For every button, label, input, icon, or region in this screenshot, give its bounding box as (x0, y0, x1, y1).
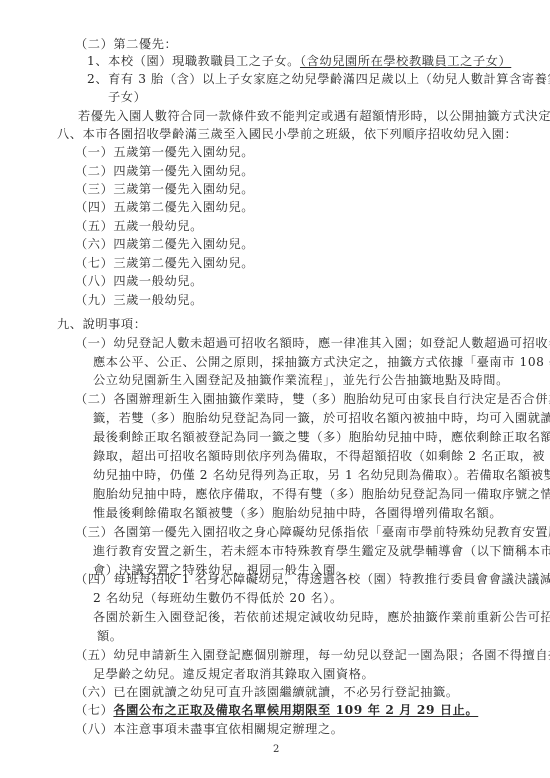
line-text: （八）本注意事項未盡事宜依相關規定辦理之。 (75, 722, 344, 736)
line-text: 1、本校（園）現職教職員工之子女。 (87, 54, 300, 68)
document-line: （七）三歲第二優先入園幼兒。 (75, 255, 254, 271)
line-text: 惟最後剩餘備取名額被雙（多）胞胎幼兒抽中時，各園得增列備取名額。 (93, 506, 502, 520)
line-text: 胞胎幼兒抽中時，應依序備取，不得有雙（多）胞胎幼兒登記為同一備取序號之情形， (93, 487, 550, 501)
document-line: 八、本市各園招收學齡滿三歲至入國民小學前之班級，依下列順序招收幼兒入園： (57, 126, 517, 142)
document-line: 應本公平、公正、公開之原則，採抽籤方式決定之，抽籤方式依據「臺南市 108 學年… (93, 354, 550, 370)
document-line: （二）四歲第一優先入園幼兒。 (75, 163, 254, 179)
line-text: （五）幼兒申請新生入園登記應個別辦理，每一幼兒以登記一園為限；各園不得擅自招收未 (75, 648, 550, 662)
document-line: 幼兒抽中時，仍僅 2 名幼兒得列為正取，另 1 名幼兒則為備取）。若備取名額被雙… (93, 467, 550, 483)
document-line: （五）幼兒申請新生入園登記應個別辦理，每一幼兒以登記一園為限；各園不得擅自招收未 (75, 647, 550, 663)
document-line: 公立幼兒園新生入園登記及抽籤作業流程」，並先行公告抽籤地點及時間。 (93, 372, 509, 388)
document-line: （八）本注意事項未盡事宜依相關規定辦理之。 (75, 721, 344, 737)
line-text: （七）三歲第二優先入園幼兒。 (75, 256, 254, 270)
line-text: （二）第二優先： (75, 37, 177, 51)
document-line: 額。 (97, 628, 123, 644)
line-text: 應本公平、公正、公開之原則，採抽籤方式決定之，抽籤方式依據「臺南市 108 學年… (93, 355, 550, 369)
document-line: 各園於新生入園登記後，若依前述規定減收幼兒時，應於抽籤作業前重新公告可招收名 (93, 609, 550, 625)
line-text: （二）四歲第一優先入園幼兒。 (75, 164, 254, 178)
page-number: 2 (273, 744, 279, 755)
document-line: （五）五歲一般幼兒。 (75, 218, 203, 234)
document-line: 胞胎幼兒抽中時，應依序備取，不得有雙（多）胞胎幼兒登記為同一備取序號之情形， (93, 486, 550, 502)
document-line: 1、本校（園）現職教職員工之子女。（含幼兒園所在學校教職員工之子女） (87, 53, 511, 69)
document-line: （三）三歲第一優先入園幼兒。 (75, 181, 254, 197)
line-text: （二）各園辦理新生入園抽籤作業時，雙（多）胞胎幼兒可由家長自行決定是否合併為同一 (75, 392, 550, 406)
document-line: （八）四歲一般幼兒。 (75, 273, 203, 289)
document-line: （七）各園公布之正取及備取名單候用期限至 109 年 2 月 29 日止。 (75, 702, 478, 718)
document-line: 若優先入園人數符合同一款條件致不能判定或遇有超額情形時，以公開抽籤方式決定。 (78, 108, 550, 124)
document-line: 進行教育安置之新生，若未經本市特殊教育學生鑑定及就學輔導會（以下簡稱本市鑑輔 (93, 543, 550, 559)
line-text: 子女） (108, 90, 146, 104)
line-text: （八）四歲一般幼兒。 (75, 274, 203, 288)
document-line: 錄取，超出可招收名額時則依序列為備取，不得超額招收（如剩餘 2 名正取，被 3 … (93, 448, 550, 464)
document-line: 籤，若雙（多）胞胎幼兒登記為同一籤，於可招收名額內被抽中時，均可入園就讀。若 (93, 410, 550, 426)
line-text: 籤，若雙（多）胞胎幼兒登記為同一籤，於可招收名額內被抽中時，均可入園就讀。若 (93, 411, 550, 425)
line-text: 九、說明事項： (57, 317, 147, 331)
line-text: 若優先入園人數符合同一款條件致不能判定或遇有超額情形時，以公開抽籤方式決定。 (78, 109, 550, 123)
document-line: 2 名幼兒（每班幼生數仍不得低於 20 名）。 (93, 590, 343, 606)
line-text: 各園於新生入園登記後，若依前述規定減收幼兒時，應於抽籤作業前重新公告可招收名 (93, 610, 550, 624)
line-text: （七） (75, 703, 113, 717)
line-text: （一）幼兒登記人數未超過可招收名額時，應一律准其入園；如登記人數超過可招收名額時… (75, 336, 550, 350)
line-text: 進行教育安置之新生，若未經本市特殊教育學生鑑定及就學輔導會（以下簡稱本市鑑輔 (93, 544, 550, 558)
document-page: （二）第二優先：1、本校（園）現職教職員工之子女。（含幼兒園所在學校教職員工之子… (0, 0, 550, 778)
document-line: 最後剩餘正取名額被登記為同一籤之雙（多）胞胎幼兒抽中時，應依剩餘正取名額依序 (93, 429, 550, 445)
line-text: 2、育有 3 胎（含）以上子女家庭之幼兒學齡滿四足歲以上（幼兒人數計算含寄養家庭… (87, 72, 550, 86)
line-text: （三）三歲第一優先入園幼兒。 (75, 182, 254, 196)
document-line: （二）第二優先： (75, 36, 177, 52)
line-text: 公立幼兒園新生入園登記及抽籤作業流程」，並先行公告抽籤地點及時間。 (93, 373, 509, 387)
line-text: （四）五歲第二優先入園幼兒。 (75, 200, 254, 214)
document-line: （六）已在園就讀之幼兒可直升該園繼續就讀，不必另行登記抽籤。 (75, 684, 459, 700)
document-line: 子女） (108, 89, 146, 105)
line-text: 足學齡之幼兒。違反規定者取消其錄取入園資格。 (93, 667, 374, 681)
line-text: （四）每班每招收 1 名身心障礙幼兒，得透過各校（園）特教推行委員會會議決議減收… (75, 572, 550, 586)
document-line: 九、說明事項： (57, 316, 147, 332)
line-text: 2 名幼兒（每班幼生數仍不得低於 20 名）。 (93, 591, 343, 605)
line-text: （三）各園第一優先入園招收之身心障礙幼兒係指依「臺南市學前特殊幼兒教育安置原則」 (75, 525, 550, 539)
line-text: （六）已在園就讀之幼兒可直升該園繼續就讀，不必另行登記抽籤。 (75, 685, 459, 699)
line-text: （五）五歲一般幼兒。 (75, 219, 203, 233)
line-text: 錄取，超出可招收名額時則依序列為備取，不得超額招收（如剩餘 2 名正取，被 3 … (93, 449, 550, 463)
document-line: （九）三歲一般幼兒。 (75, 292, 203, 308)
line-text: 額。 (97, 629, 123, 643)
document-line: （六）四歲第二優先入園幼兒。 (75, 236, 254, 252)
line-text: 八、本市各園招收學齡滿三歲至入國民小學前之班級，依下列順序招收幼兒入園： (57, 127, 517, 141)
line-text: 幼兒抽中時，仍僅 2 名幼兒得列為正取，另 1 名幼兒則為備取）。若備取名額被雙… (93, 468, 550, 482)
document-line: （一）五歲第一優先入園幼兒。 (75, 144, 254, 160)
underlined-note: （含幼兒園所在學校教職員工之子女） (300, 54, 511, 68)
document-line: 2、育有 3 胎（含）以上子女家庭之幼兒學齡滿四足歲以上（幼兒人數計算含寄養家庭… (87, 71, 550, 87)
underlined-bold-note: 各園公布之正取及備取名單候用期限至 109 年 2 月 29 日止。 (113, 703, 478, 717)
document-line: （四）五歲第二優先入園幼兒。 (75, 199, 254, 215)
document-line: （四）每班每招收 1 名身心障礙幼兒，得透過各校（園）特教推行委員會會議決議減收… (75, 571, 550, 587)
line-text: 最後剩餘正取名額被登記為同一籤之雙（多）胞胎幼兒抽中時，應依剩餘正取名額依序 (93, 430, 550, 444)
line-text: （九）三歲一般幼兒。 (75, 293, 203, 307)
line-text: （六）四歲第二優先入園幼兒。 (75, 237, 254, 251)
document-line: （二）各園辦理新生入園抽籤作業時，雙（多）胞胎幼兒可由家長自行決定是否合併為同一 (75, 391, 550, 407)
document-line: 惟最後剩餘備取名額被雙（多）胞胎幼兒抽中時，各園得增列備取名額。 (93, 505, 502, 521)
document-line: 足學齡之幼兒。違反規定者取消其錄取入園資格。 (93, 666, 374, 682)
document-line: （一）幼兒登記人數未超過可招收名額時，應一律准其入園；如登記人數超過可招收名額時… (75, 335, 550, 351)
document-line: （三）各園第一優先入園招收之身心障礙幼兒係指依「臺南市學前特殊幼兒教育安置原則」 (75, 524, 550, 540)
line-text: （一）五歲第一優先入園幼兒。 (75, 145, 254, 159)
